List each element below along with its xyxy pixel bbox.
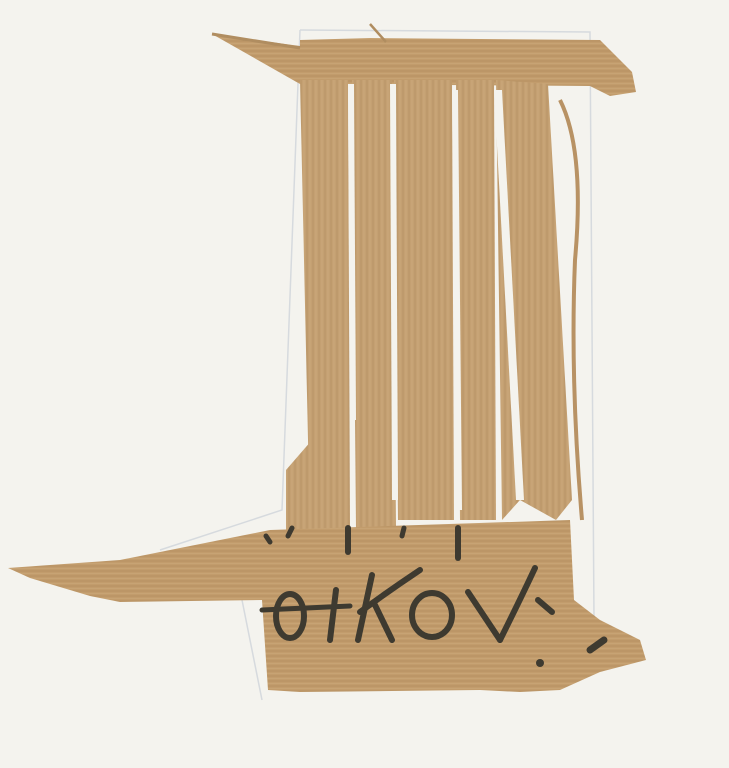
vertical-strips: [286, 80, 572, 530]
papyrus-illustration: [0, 0, 729, 768]
papyrus-photo: θικοι: [0, 0, 729, 768]
